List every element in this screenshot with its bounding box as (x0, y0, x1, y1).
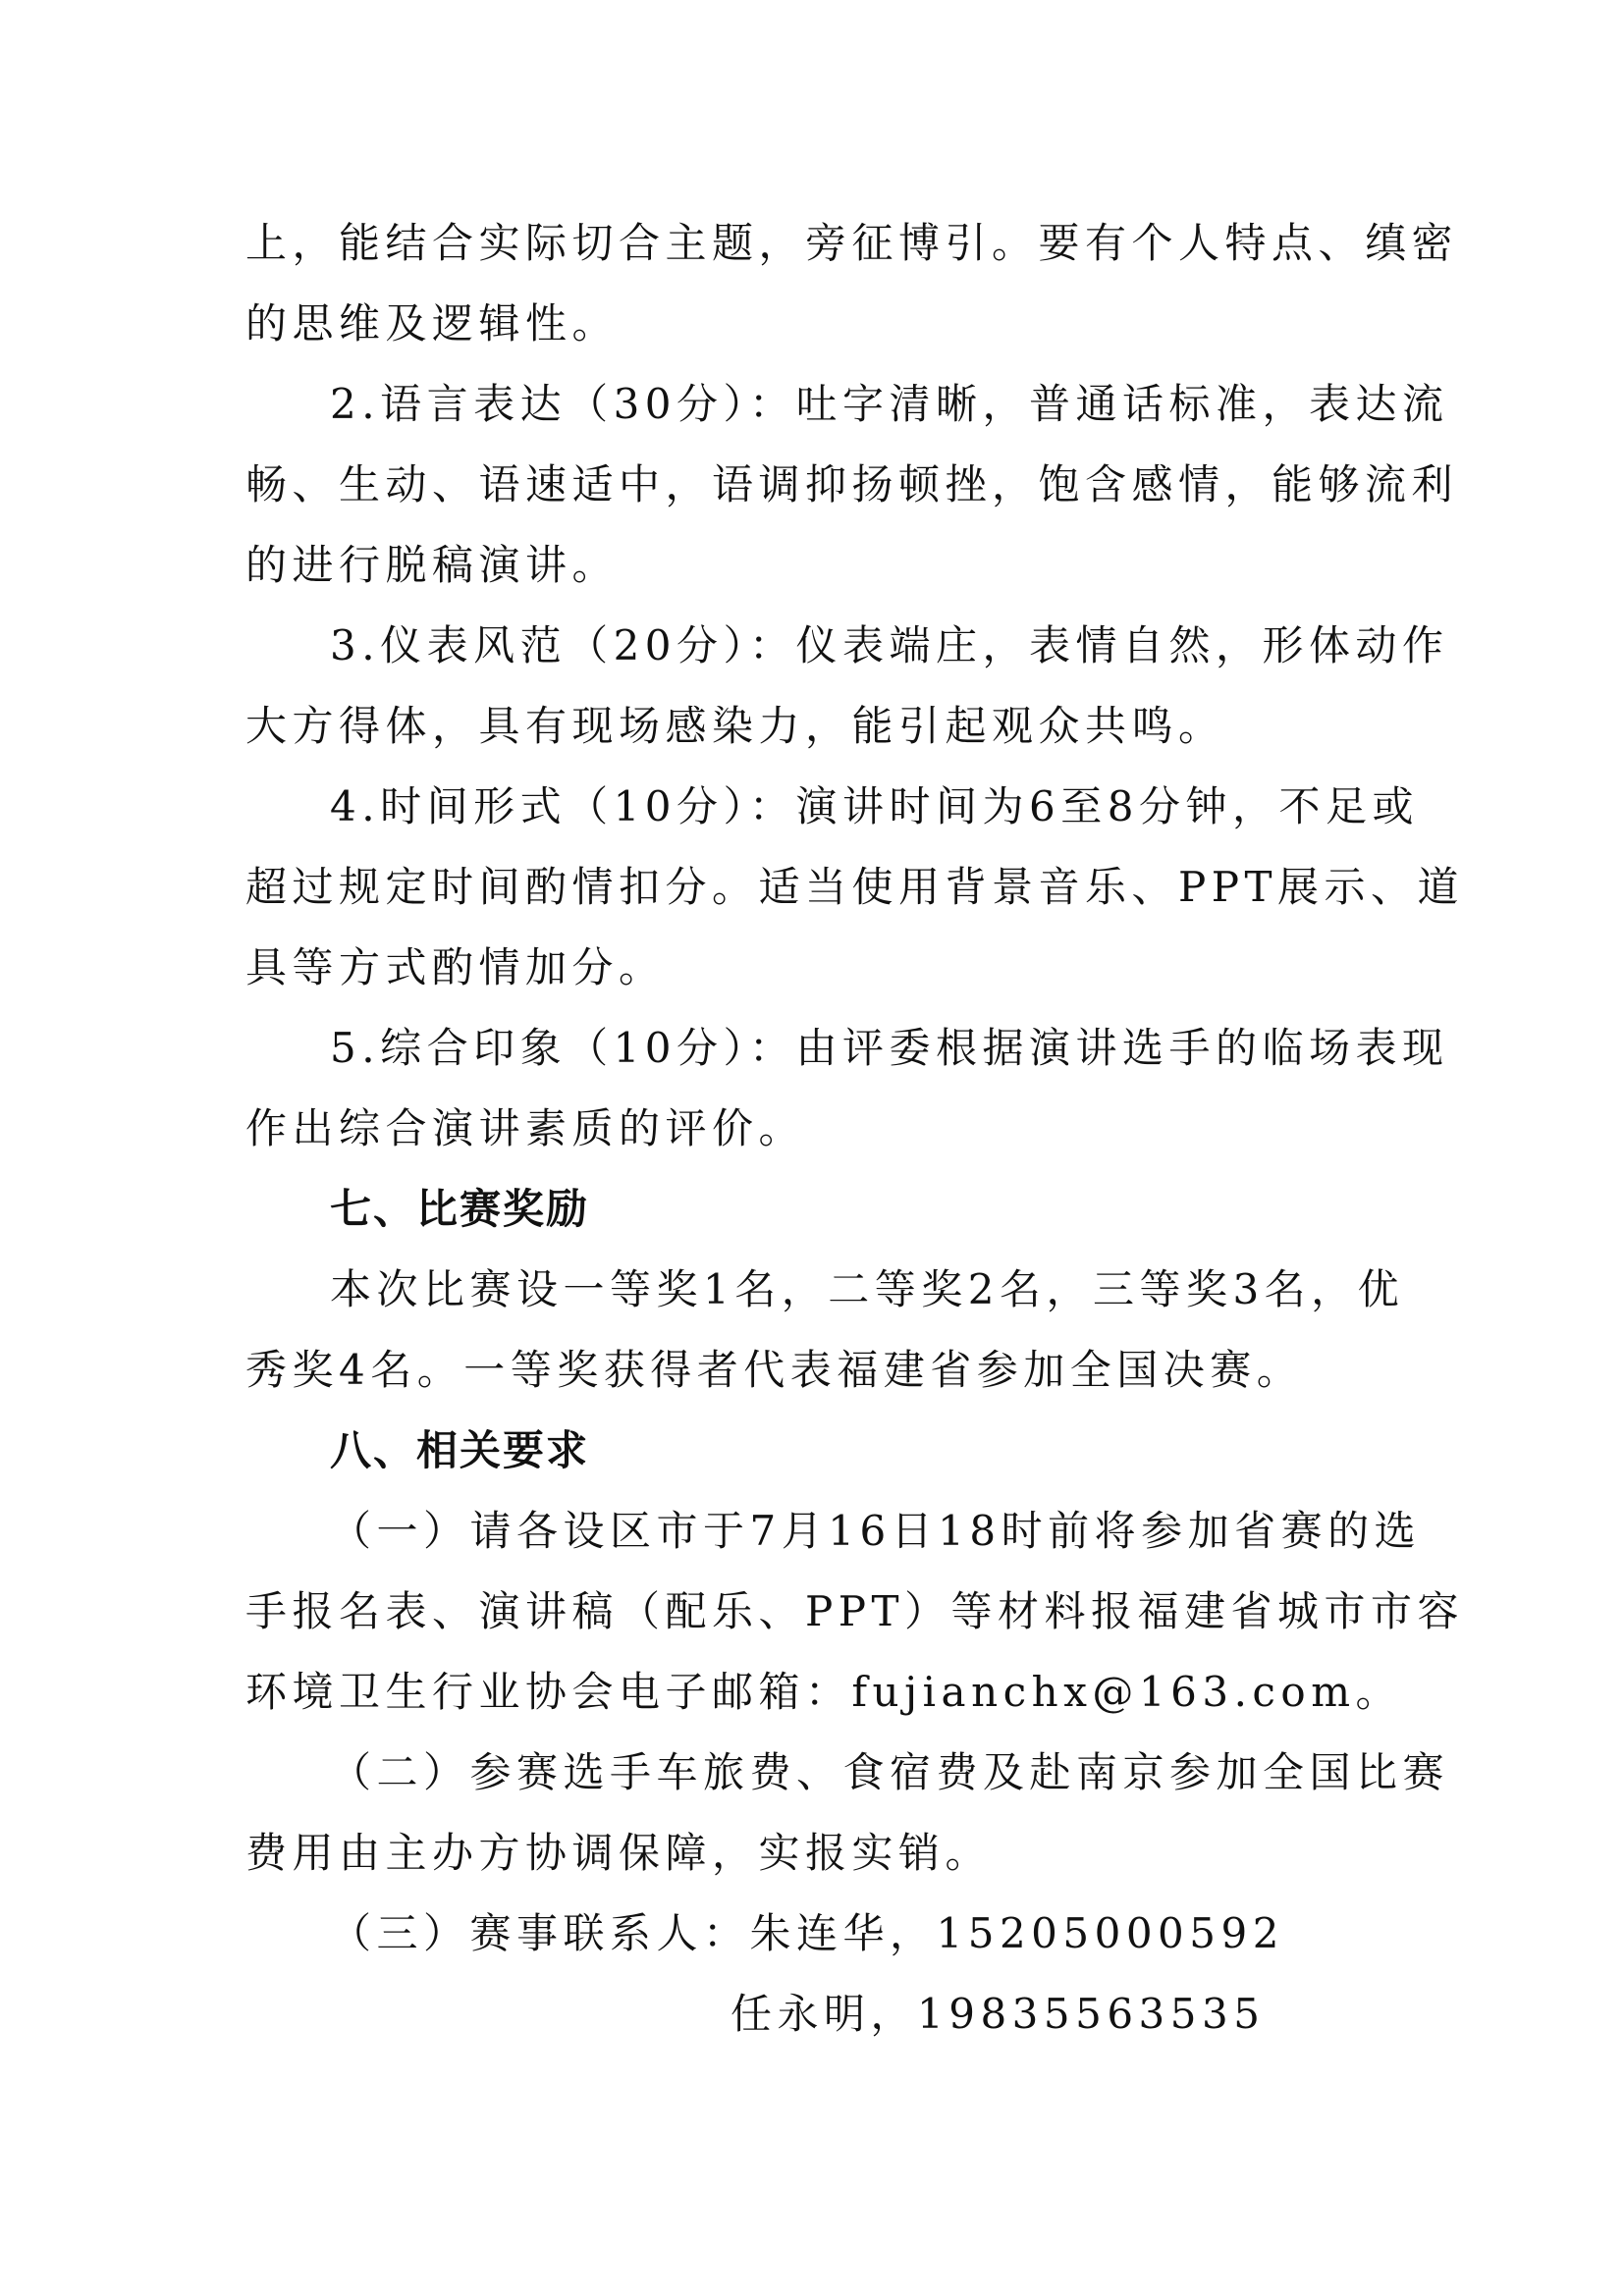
requirement-3-contact-2: 任永明，19835563535 (731, 1987, 1265, 2042)
requirement-3-contact-1: （三）赛事联系人：朱连华，15205000592 (330, 1906, 1284, 1961)
paragraph-line-criterion-1-end: 的思维及逻辑性。 (245, 296, 619, 351)
section-heading-requirements: 八、相关要求 (330, 1423, 589, 1478)
requirement-2-line-2: 费用由主办方协调保障，实报实销。 (245, 1826, 992, 1881)
requirement-1-email-line: 环境卫生行业协会电子邮箱：fujianchx@163.com。 (245, 1665, 1402, 1720)
section-heading-awards: 七、比赛奖励 (330, 1182, 589, 1237)
requirement-2: （二）参赛选手车旅费、食宿费及赴南京参加全国比赛 (330, 1745, 1449, 1800)
awards-paragraph: 本次比赛设一等奖1名，二等奖2名，三等奖3名，优 (330, 1262, 1404, 1317)
criterion-3-line-2: 大方得体，具有现场感染力，能引起观众共鸣。 (245, 699, 1225, 754)
criterion-3-appearance: 3.仪表风范（20分）：仪表端庄，表情自然，形体动作 (330, 618, 1449, 673)
awards-paragraph-line-2: 秀奖4名。一等奖获得者代表福建省参加全国决赛。 (245, 1343, 1303, 1398)
criterion-2-line-2: 畅、生动、语速适中，语调抑扬顿挫，饱含感情，能够流利 (245, 457, 1458, 512)
paragraph-line-criterion-1-continued: 上，能结合实际切合主题，旁征博引。要有个人特点、缜密 (245, 216, 1458, 271)
requirement-1-line-2: 手报名表、演讲稿（配乐、PPT）等材料报福建省城市市容 (245, 1584, 1464, 1639)
criterion-2-line-3: 的进行脱稿演讲。 (245, 538, 619, 593)
criterion-4-line-3: 具等方式酌情加分。 (245, 940, 666, 995)
criterion-4-line-2: 超过规定时间酌情扣分。适当使用背景音乐、PPT展示、道 (245, 860, 1464, 915)
requirement-1: （一）请各设区市于7月16日18时前将参加省赛的选 (330, 1504, 1421, 1559)
criterion-5-line-2: 作出综合演讲素质的评价。 (245, 1101, 805, 1156)
criterion-2-language: 2.语言表达（30分）：吐字清晰，普通话标准，表达流 (330, 377, 1449, 432)
criterion-4-time: 4.时间形式（10分）：演讲时间为6至8分钟，不足或 (330, 779, 1419, 834)
criterion-5-overall: 5.综合印象（10分）：由评委根据演讲选手的临场表现 (330, 1021, 1449, 1076)
